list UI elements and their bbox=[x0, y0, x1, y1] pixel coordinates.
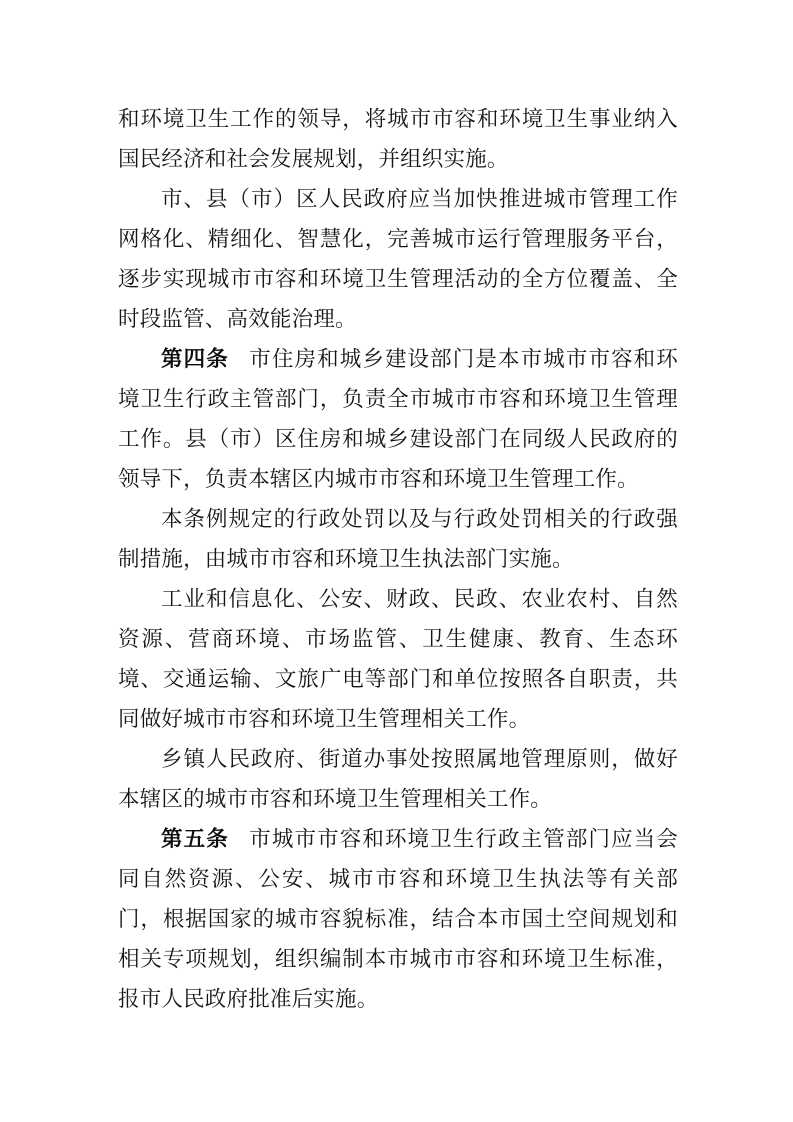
body-paragraph: 市、县（市）区人民政府应当加快推进城市管理工作网格化、精细化、智慧化，完善城市运… bbox=[118, 179, 678, 339]
body-paragraph: 乡镇人民政府、街道办事处按照属地管理原则，做好本辖区的城市市容和环境卫生管理相关… bbox=[118, 739, 678, 819]
text-block: 和环境卫生工作的领导，将城市市容和环境卫生事业纳入国民经济和社会发展规划，并组织… bbox=[118, 99, 678, 1019]
body-paragraph: 和环境卫生工作的领导，将城市市容和环境卫生事业纳入国民经济和社会发展规划，并组织… bbox=[118, 99, 678, 179]
article-number-label: 第四条 bbox=[161, 347, 229, 371]
body-paragraph: 工业和信息化、公安、财政、民政、农业农村、自然资源、营商环境、市场监管、卫生健康… bbox=[118, 579, 678, 739]
body-paragraph: 本条例规定的行政处罚以及与行政处罚相关的行政强制措施，由城市市容和环境卫生执法部… bbox=[118, 499, 678, 579]
article-paragraph: 第四条市住房和城乡建设部门是本市城市市容和环境卫生行政主管部门，负责全市城市市容… bbox=[118, 339, 678, 499]
article-number-label: 第五条 bbox=[161, 827, 229, 851]
article-paragraph: 第五条市城市市容和环境卫生行政主管部门应当会同自然资源、公安、城市市容和环境卫生… bbox=[118, 819, 678, 1019]
document-page: 和环境卫生工作的领导，将城市市容和环境卫生事业纳入国民经济和社会发展规划，并组织… bbox=[0, 0, 793, 1122]
